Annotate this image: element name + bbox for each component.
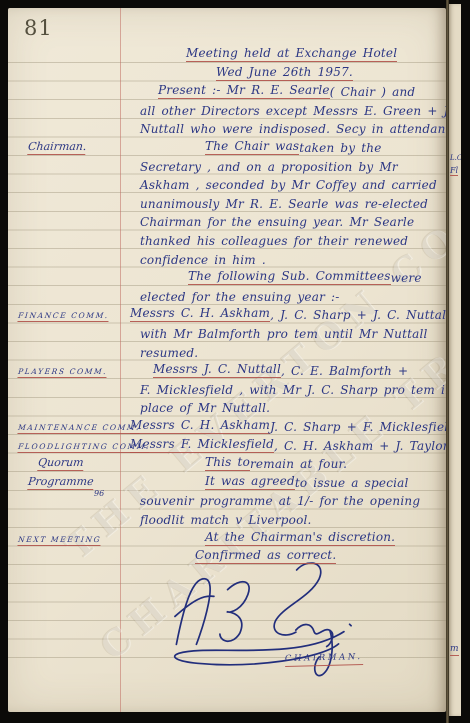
- margin-rule-line: [120, 8, 121, 712]
- minute-text: Present :- Mr R. E. Searle: [158, 84, 330, 99]
- minute-text: souvenir programme at 1/- for the openin…: [140, 495, 420, 508]
- signature: [146, 559, 373, 710]
- minute-line: with Mr Balmforth pro tem until Mr Nutta…: [140, 322, 428, 341]
- minute-text: F. Micklesfield , with Mr J. C. Sharp pr…: [140, 384, 446, 397]
- minute-text: Meeting held at Exchange Hotel: [186, 47, 397, 62]
- minute-line: At the Chairman's discretion.: [205, 527, 395, 546]
- minute-text: floodlit match v Liverpool.: [140, 514, 312, 527]
- minute-text: taken by the: [299, 142, 381, 155]
- minute-text: ( Chair ) and: [330, 86, 416, 99]
- minute-text: Wed June 26th 1957.: [216, 66, 353, 81]
- minute-line: Chairman for the ensuing year. Mr Searle: [140, 210, 414, 229]
- minute-line: resumed.: [140, 341, 198, 360]
- minute-text: thanked his colleagues for their renewed: [140, 235, 408, 248]
- minute-line: all other Directors except Messrs E. Gre…: [140, 99, 446, 118]
- margin-heading: MAINTENANCE COMM.: [17, 423, 140, 434]
- page-number: 81: [24, 16, 53, 40]
- minute-text: J. C. Sharp + F. Micklesfield: [270, 421, 446, 434]
- minute-text: Secretary , and on a proposition by Mr: [140, 161, 398, 174]
- margin-heading: Programme: [27, 475, 94, 490]
- margin-heading: NEXT MEETING: [17, 535, 101, 546]
- minute-line: Messrs C. H. Askham J. C. Sharp + F. Mic…: [130, 415, 446, 434]
- minute-text: Messrs F. Micklesfield: [130, 438, 274, 453]
- minute-text: The following Sub. Committees: [188, 270, 391, 285]
- margin-note: 96: [94, 489, 104, 498]
- minute-line: Messrs F. Micklesfield , C. H. Askham + …: [130, 434, 446, 453]
- minute-line: elected for the ensuing year :-: [140, 285, 340, 304]
- edge-note-top: L.C: [450, 154, 461, 162]
- margin-heading: Chairman.: [27, 140, 87, 155]
- minute-line: Messrs C. H. Askham , J. C. Sharp + J. C…: [130, 303, 446, 322]
- minute-line: Askham , seconded by Mr Coffey and carri…: [140, 173, 437, 192]
- minute-text: remain at four.: [250, 458, 347, 471]
- minute-text: Nuttall who were indisposed. Secy in att…: [140, 123, 446, 136]
- minute-text: resumed.: [140, 347, 198, 360]
- minute-text: were: [391, 272, 422, 285]
- minute-text: Askham , seconded by Mr Coffey and carri…: [140, 179, 437, 192]
- minute-text: , C. H. Askham + J. Taylor: [274, 440, 446, 453]
- minute-line: Wed June 26th 1957.: [216, 62, 353, 81]
- minute-line: Messrs J. C. Nuttall , C. E. Balmforth +: [153, 359, 408, 378]
- minute-text: with Mr Balmforth pro tem until Mr Nutta…: [140, 328, 428, 341]
- minute-line: souvenir programme at 1/- for the openin…: [140, 489, 420, 508]
- minute-line: The Chair was taken by the: [205, 136, 382, 155]
- minute-line: This to remain at four.: [205, 452, 347, 471]
- minute-line: Meeting held at Exchange Hotel: [186, 43, 397, 62]
- minute-text: Chairman for the ensuing year. Mr Searle: [140, 216, 414, 229]
- minute-text: This to: [205, 456, 250, 471]
- minute-text: Messrs C. H. Askham: [130, 307, 270, 322]
- minute-line: place of Mr Nuttall.: [140, 396, 270, 415]
- minute-line: Confirmed as correct.: [195, 545, 336, 564]
- minute-text: Messrs C. H. Askham: [130, 419, 270, 434]
- margin-heading: Quorum: [37, 456, 84, 471]
- minute-text: elected for the ensuing year :-: [140, 291, 340, 304]
- minute-text: , C. E. Balmforth +: [281, 365, 408, 378]
- minute-line: thanked his colleagues for their renewed: [140, 229, 408, 248]
- edge-note-mid: Fl: [450, 166, 458, 176]
- edge-note-bottom: m: [450, 644, 459, 656]
- minute-text: The Chair was: [205, 140, 299, 155]
- next-page-sliver: L.C Fl m: [449, 4, 461, 716]
- minute-line: It was agreed to issue a special: [205, 471, 409, 490]
- minute-text: Confirmed as correct.: [195, 549, 336, 564]
- minute-text: Messrs J. C. Nuttall: [153, 363, 281, 378]
- minute-text: , J. C. Sharp + J. C. Nuttall: [270, 309, 446, 322]
- minute-line: Present :- Mr R. E. Searle ( Chair ) and: [158, 80, 415, 99]
- minute-line: Nuttall who were indisposed. Secy in att…: [140, 117, 446, 136]
- ledger-page: 81 THE EVERTON COLLECTION CHARITABLE TRU…: [8, 8, 446, 712]
- minute-line: Secretary , and on a proposition by Mr: [140, 155, 398, 174]
- minute-text: place of Mr Nuttall.: [140, 402, 270, 415]
- minute-line: confidence in him .: [140, 248, 266, 267]
- margin-heading: FINANCE COMM.: [17, 311, 109, 322]
- minute-line: unanimously Mr R. E. Searle was re-elect…: [140, 192, 428, 211]
- chairman-label: CHAIRMAN.: [285, 652, 363, 667]
- minute-text: It was agreed: [205, 475, 295, 490]
- minute-line: floodlit match v Liverpool.: [140, 508, 312, 527]
- photo-frame: 81 THE EVERTON COLLECTION CHARITABLE TRU…: [0, 0, 470, 723]
- minute-text: unanimously Mr R. E. Searle was re-elect…: [140, 198, 428, 211]
- margin-heading: FLOODLIGHTING COMM.: [17, 442, 150, 453]
- minute-text: confidence in him .: [140, 254, 266, 267]
- minute-line: F. Micklesfield , with Mr J. C. Sharp pr…: [140, 378, 446, 397]
- minute-text: all other Directors except Messrs E. Gre…: [140, 105, 446, 118]
- minute-text: to issue a special: [295, 477, 409, 490]
- minute-text: At the Chairman's discretion.: [205, 531, 395, 546]
- margin-heading: PLAYERS COMM.: [17, 367, 107, 378]
- minute-line: The following Sub. Committees were: [188, 266, 422, 285]
